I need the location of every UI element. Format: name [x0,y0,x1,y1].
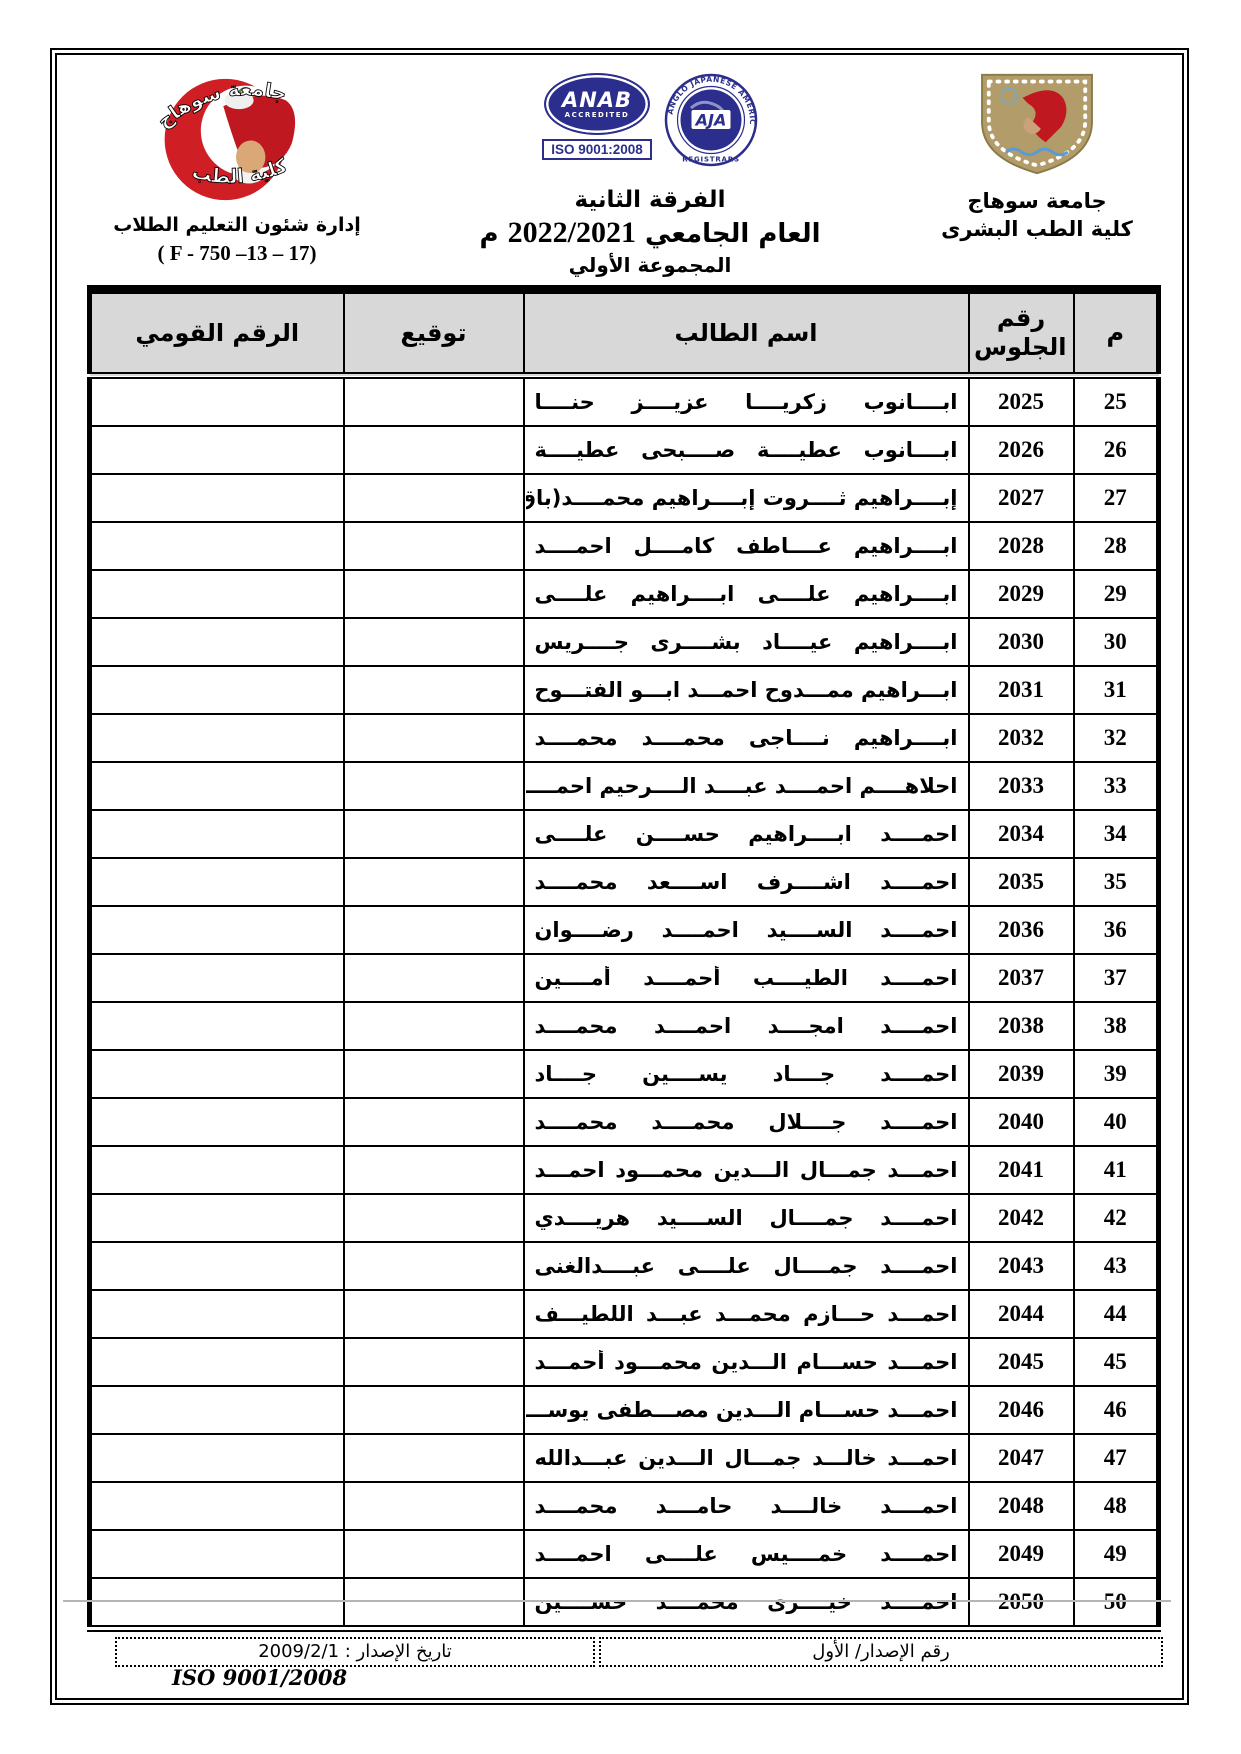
student-name: ابــــراهيم عيــــاد بشــــرى جــــريس [524,618,969,666]
crescent-logo: جامعة سوهاج كلية الطب [135,71,340,206]
student-name: ابــــراهيم نــــاجى محمــــد محمــــد [524,714,969,762]
table-row: 492049احمــــد خمــــيس علــــى احمــــد [90,1530,1159,1578]
national-id-cell [90,954,344,1002]
national-id-cell [90,666,344,714]
national-id-cell [90,858,344,906]
signature-cell [344,666,524,714]
academic-year-title: العام الجامعي 2022/2021 م [415,215,885,252]
table-row: 412041احمـــد جمـــال الـــدين محمـــود … [90,1146,1159,1194]
year-label: العام الجامعي [645,219,820,249]
anab-accredited-label: ACCREDITED [565,111,630,119]
signature-cell [344,1194,524,1242]
row-index: 28 [1074,522,1159,570]
national-id-cell [90,522,344,570]
seat-number: 2037 [969,954,1074,1002]
aja-label: AJA [693,111,726,130]
signature-cell [344,1338,524,1386]
national-id-cell [90,376,344,427]
student-rows: 252025ابــــانوب زكريــــا عزيــــز حنــ… [90,376,1159,1629]
seat-number: 2050 [969,1578,1074,1629]
student-name: احمـــد جمـــال الـــدين محمـــود احمـــ… [524,1146,969,1194]
row-index: 45 [1074,1338,1159,1386]
row-index: 33 [1074,762,1159,810]
row-index: 40 [1074,1098,1159,1146]
row-index: 46 [1074,1386,1159,1434]
seat-number: 2026 [969,426,1074,474]
national-id-cell [90,714,344,762]
row-index: 37 [1074,954,1159,1002]
signature-cell [344,426,524,474]
signature-cell [344,1098,524,1146]
student-name: احمــــد جمــــال علــــى عبــــدالغنى [524,1242,969,1290]
national-id-cell [90,1050,344,1098]
seat-number: 2046 [969,1386,1074,1434]
aja-arc-bottom-text: REGISTRARS [682,156,740,164]
table-row: 462046احمـــد حســـام الـــدين مصـــطفى … [90,1386,1159,1434]
row-index: 27 [1074,474,1159,522]
signature-cell [344,618,524,666]
table-row: 402040احمــــد جــــلال محمــــد محمــــ… [90,1098,1159,1146]
seat-number: 2025 [969,376,1074,427]
faculty-name: كلية الطب البشرى [917,215,1157,243]
student-name: احمــــد جمــــال الســــيد هريــــدي [524,1194,969,1242]
table-row: 322032ابــــراهيم نــــاجى محمــــد محمـ… [90,714,1159,762]
anab-logo: ANAB ACCREDITED ISO 9001:2008 [542,73,652,160]
national-id-cell [90,1338,344,1386]
row-index: 47 [1074,1434,1159,1482]
national-id-cell [90,1482,344,1530]
student-name: احمــــد الطيــــب أحمــــد أمــــين [524,954,969,1002]
table-row: 362036احمــــد الســــيد احمــــد رضــــ… [90,906,1159,954]
signature-cell [344,570,524,618]
signature-cell [344,1002,524,1050]
anab-label: ANAB [562,89,632,111]
row-index: 42 [1074,1194,1159,1242]
row-index: 41 [1074,1146,1159,1194]
national-id-cell [90,570,344,618]
national-id-cell [90,426,344,474]
student-name: احمــــد اشــــرف اســــعد محمــــد [524,858,969,906]
seat-number: 2039 [969,1050,1074,1098]
student-name: احمــــد امجــــد احمــــد محمــــد [524,1002,969,1050]
seat-number: 2030 [969,618,1074,666]
signature-cell [344,762,524,810]
seat-number: 2029 [969,570,1074,618]
signature-cell [344,474,524,522]
iso-certification-text: ISO 9001/2008 [172,1665,347,1690]
signature-cell [344,1242,524,1290]
signature-cell [344,376,524,427]
signature-cell [344,858,524,906]
national-id-cell [90,1146,344,1194]
student-name: إبــــراهيم ثــــروت إبــــراهيم محمــــ… [524,474,969,522]
signature-cell [344,714,524,762]
table-row: 472047احمـــد خالـــد جمـــال الـــدين ع… [90,1434,1159,1482]
table-row: 292029ابــــراهيم علــــى ابــــراهيم عل… [90,570,1159,618]
row-index: 39 [1074,1050,1159,1098]
row-index: 36 [1074,906,1159,954]
signature-cell [344,954,524,1002]
national-id-cell [90,810,344,858]
seat-number: 2045 [969,1338,1074,1386]
document-page: جامعة سوهاج كلية الطب إدارة شئون التعليم… [0,0,1241,1754]
table-row: 372037احمــــد الطيــــب أحمــــد أمــــ… [90,954,1159,1002]
national-id-cell [90,762,344,810]
student-name: ابــــانوب زكريــــا عزيــــز حنــــا [524,376,969,427]
student-name: احمــــد خالــــد حامــــد محمــــد [524,1482,969,1530]
row-index: 32 [1074,714,1159,762]
row-index: 50 [1074,1578,1159,1629]
row-index: 31 [1074,666,1159,714]
table-row: 352035احمــــد اشــــرف اســــعد محمــــ… [90,858,1159,906]
student-name: ابـــراهيم ممـــدوح احمـــد ابـــو الفتـ… [524,666,969,714]
seat-number: 2034 [969,810,1074,858]
seat-number: 2044 [969,1290,1074,1338]
row-index: 35 [1074,858,1159,906]
student-name: احمــــد جــــاد يســــين جــــاد [524,1050,969,1098]
student-name: احلاهــــم احمــــد عبــــد الــــرحيم ا… [524,762,969,810]
signature-cell [344,1290,524,1338]
national-id-cell [90,1098,344,1146]
table-row: 252025ابــــانوب زكريــــا عزيــــز حنــ… [90,376,1159,427]
national-id-cell [90,1002,344,1050]
col-header-student-name: اسم الطالب [524,290,969,376]
row-index: 30 [1074,618,1159,666]
national-id-cell [90,1386,344,1434]
table-row: 302030ابــــراهيم عيــــاد بشــــرى جـــ… [90,618,1159,666]
header-center-block: ANAB ACCREDITED ISO 9001:2008 ANGLO JAPA… [415,73,885,278]
signature-cell [344,522,524,570]
year-value: 2022/2021 [508,216,636,249]
year-suffix: م [479,219,498,249]
seat-number: 2047 [969,1434,1074,1482]
form-code: ( F - 750 –13 – 17) [87,241,387,266]
table-row: 432043احمــــد جمــــال علــــى عبــــدا… [90,1242,1159,1290]
table-row: 272027إبــــراهيم ثــــروت إبــــراهيم م… [90,474,1159,522]
seat-number: 2043 [969,1242,1074,1290]
col-header-signature: توقيع [344,290,524,376]
students-table: م رقم الجلوس اسم الطالب توقيع الرقم القو… [87,285,1161,1632]
table-header-row: م رقم الجلوس اسم الطالب توقيع الرقم القو… [90,290,1159,376]
student-name: ابــــراهيم علــــى ابــــراهيم علــــى [524,570,969,618]
national-id-cell [90,906,344,954]
issue-number-box: رقم الإصدار/ الأول [599,1637,1163,1667]
student-name: احمـــد حـــازم محمـــد عبـــد اللطيـــف [524,1290,969,1338]
row-index: 43 [1074,1242,1159,1290]
seat-number: 2035 [969,858,1074,906]
grade-title: الفرقة الثانية [415,185,885,215]
student-name: ابــــراهيم عــــاطف كامــــل احمــــد [524,522,969,570]
table-header: م رقم الجلوس اسم الطالب توقيع الرقم القو… [90,290,1159,376]
national-id-cell [90,1434,344,1482]
student-name: احمـــد حســـام الـــدين محمـــود أحمـــ… [524,1338,969,1386]
university-shield-logo [974,69,1100,177]
table-row: 342034احمــــد ابــــراهيم حســــن علـــ… [90,810,1159,858]
col-header-national-id: الرقم القومي [90,290,344,376]
signature-cell [344,1482,524,1530]
signature-cell [344,906,524,954]
row-index: 49 [1074,1530,1159,1578]
row-index: 29 [1074,570,1159,618]
student-name: ابــــانوب عطيــــة صــــبحى عطيــــة [524,426,969,474]
signature-cell [344,1578,524,1629]
student-name: احمــــد الســــيد احمــــد رضــــوان [524,906,969,954]
university-name: جامعة سوهاج [917,187,1157,215]
national-id-cell [90,618,344,666]
seat-number: 2048 [969,1482,1074,1530]
student-name: احمــــد خمــــيس علــــى احمــــد [524,1530,969,1578]
student-name: احمـــد خالـــد جمـــال الـــدين عبـــدا… [524,1434,969,1482]
table-row: 442044احمـــد حـــازم محمـــد عبـــد الل… [90,1290,1159,1338]
signature-cell [344,1434,524,1482]
student-name: احمـــد حســـام الـــدين مصـــطفى يوســـ… [524,1386,969,1434]
seat-number: 2038 [969,1002,1074,1050]
seat-number: 2049 [969,1530,1074,1578]
table-row: 422042احمــــد جمــــال الســــيد هريـــ… [90,1194,1159,1242]
page-border-frame: جامعة سوهاج كلية الطب إدارة شئون التعليم… [50,48,1189,1705]
seat-number: 2036 [969,906,1074,954]
table-row: 332033احلاهــــم احمــــد عبــــد الــــ… [90,762,1159,810]
row-index: 34 [1074,810,1159,858]
row-index: 38 [1074,1002,1159,1050]
signature-cell [344,1386,524,1434]
table-row: 452045احمـــد حســـام الـــدين محمـــود … [90,1338,1159,1386]
table-row: 312031ابـــراهيم ممـــدوح احمـــد ابـــو… [90,666,1159,714]
table-row: 382038احمــــد امجــــد احمــــد محمــــ… [90,1002,1159,1050]
header-left-block: جامعة سوهاج كلية الطب إدارة شئون التعليم… [87,71,387,266]
anab-iso-badge: ISO 9001:2008 [542,139,652,160]
scan-artifact-line [63,1600,1171,1602]
header-right-block: جامعة سوهاج كلية الطب البشرى [917,69,1157,243]
seat-number: 2042 [969,1194,1074,1242]
row-index: 48 [1074,1482,1159,1530]
col-header-index: م [1074,290,1159,376]
anab-oval: ANAB ACCREDITED [544,73,650,135]
issue-date-box: تاريخ الإصدار : 2009/2/1 [115,1637,595,1667]
student-name: احمــــد ابــــراهيم حســــن علــــى [524,810,969,858]
national-id-cell [90,1194,344,1242]
signature-cell [344,1050,524,1098]
row-index: 44 [1074,1290,1159,1338]
seat-number: 2031 [969,666,1074,714]
national-id-cell [90,1578,344,1629]
certification-logos: ANAB ACCREDITED ISO 9001:2008 ANGLO JAPA… [415,73,885,177]
national-id-cell [90,1290,344,1338]
table-row: 392039احمــــد جــــاد يســــين جــــاد [90,1050,1159,1098]
row-index: 25 [1074,376,1159,427]
national-id-cell [90,474,344,522]
seat-number: 2032 [969,714,1074,762]
table-row: 502050احمــــد خيــــرى محمــــد حســــي… [90,1578,1159,1629]
department-title: إدارة شئون التعليم الطلاب [87,214,387,236]
signature-cell [344,1146,524,1194]
table-row: 282028ابــــراهيم عــــاطف كامــــل احمـ… [90,522,1159,570]
national-id-cell [90,1530,344,1578]
seat-number: 2027 [969,474,1074,522]
student-name: احمــــد خيــــرى محمــــد حســــين [524,1578,969,1629]
table-row: 482048احمــــد خالــــد حامــــد محمــــ… [90,1482,1159,1530]
row-index: 26 [1074,426,1159,474]
table-row: 262026ابــــانوب عطيــــة صــــبحى عطيــ… [90,426,1159,474]
group-title: المجموعة الأولي [415,252,885,278]
aja-logo: ANGLO JAPANESE AMERICAN REGISTRARS AJA [664,73,758,167]
student-name: احمــــد جــــلال محمــــد محمــــد [524,1098,969,1146]
seat-number: 2033 [969,762,1074,810]
signature-cell [344,810,524,858]
seat-number: 2040 [969,1098,1074,1146]
signature-cell [344,1530,524,1578]
footer-boxes: رقم الإصدار/ الأول تاريخ الإصدار : 2009/… [115,1637,1163,1667]
national-id-cell [90,1242,344,1290]
seat-number: 2041 [969,1146,1074,1194]
col-header-seat-number: رقم الجلوس [969,290,1074,376]
seat-number: 2028 [969,522,1074,570]
